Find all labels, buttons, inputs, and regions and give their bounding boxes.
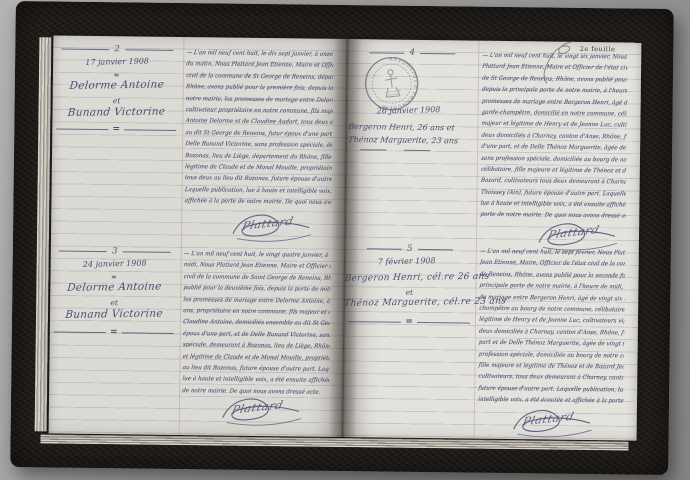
entry-mark: = [105, 70, 129, 79]
rule-line [418, 248, 453, 249]
margin-parties: Bergeron Henri, 26 ans etThénoz Margueri… [348, 121, 475, 148]
bride-name: Bunand Victorine [54, 105, 179, 119]
entry-date: 7 février 1908 [353, 256, 461, 267]
conjunction: et [52, 297, 176, 308]
bride-name: Thénoz Marguerite, cél.re 23 ans [344, 297, 475, 309]
rule-line [122, 332, 174, 334]
groom-name: Bergeron Henri, cél.re 26 ans [344, 272, 475, 284]
conjunction: et [344, 287, 474, 298]
pages-spread: 2 17 janvier 1908 = Delorme Antoine et B… [49, 35, 642, 440]
entry-number: 5 [407, 244, 413, 254]
rule-line [360, 149, 386, 150]
entry-end-rule [360, 149, 430, 151]
handwritten-line: Thénoz Marguerite, 23 ans [347, 134, 475, 148]
entry-number-row: 2 [61, 44, 173, 55]
bride-name: Bunand Victorine [52, 307, 177, 321]
rule-line [123, 251, 171, 253]
entry-body-text: — L'an mil neuf cent huit, le sept févri… [478, 247, 636, 408]
entry-date: 26 janvier 1908 [352, 105, 464, 117]
register-book: 2 17 janvier 1908 = Delorme Antoine et B… [10, 1, 674, 475]
stamp-text: RÉPUBLIQUE FRANÇAISE [374, 52, 421, 112]
entry-number-row: 5 [367, 243, 453, 254]
entry-body-text: — L'an mil neuf cent huit, le dix sept j… [184, 48, 344, 209]
entry-number: 3 [112, 246, 118, 256]
entry-date: 17 janvier 1908 [63, 56, 171, 67]
notary-paraph-icon [531, 39, 588, 92]
handwritten-line: Bergeron Henri, 26 ans et [348, 121, 476, 135]
entry-mark: = [102, 272, 126, 281]
rule-line [348, 321, 401, 323]
groom-name: Delorme Antoine [52, 280, 177, 294]
conjunction: et [55, 95, 179, 106]
entry-end-rule: = [54, 326, 174, 337]
entry-number-row: 3 [59, 246, 171, 257]
rule-line [56, 128, 108, 130]
handwritten-line: affichée à la porte de notre mairie. De … [184, 196, 333, 209]
rule-line [404, 150, 430, 151]
rule-line [124, 129, 176, 131]
svg-text:RÉPUBLIQUE FRANÇAISE: RÉPUBLIQUE FRANÇAISE [374, 52, 421, 112]
end-mark: = [110, 327, 118, 337]
entry-body-text: — L'an mil neuf cent huit, le vingt quat… [182, 249, 342, 399]
stamp-figure [382, 69, 401, 98]
rule-line [61, 48, 109, 50]
end-mark: = [405, 317, 413, 327]
right-page: 2e feuille 4 RÉPUBLIQUE FRANÇAISE [343, 39, 642, 441]
entry-number: 2 [115, 44, 121, 54]
rule-line [417, 321, 470, 323]
rule-line [367, 248, 402, 249]
entry-end-rule: = [348, 316, 470, 327]
signature: Plattard [227, 210, 315, 245]
entry-date: 24 janvier 1908 [61, 258, 169, 269]
rule-line [59, 250, 107, 252]
left-page: 2 17 janvier 1908 = Delorme Antoine et B… [49, 35, 348, 437]
signature: Plattard [217, 393, 305, 428]
rule-line [125, 49, 173, 51]
signature: Plattard [508, 405, 596, 440]
entry-end-rule: = [56, 124, 176, 135]
groom-name: Delorme Antoine [54, 78, 179, 92]
rule-line [420, 52, 455, 53]
rule-line [54, 331, 106, 333]
end-mark: = [112, 124, 120, 134]
